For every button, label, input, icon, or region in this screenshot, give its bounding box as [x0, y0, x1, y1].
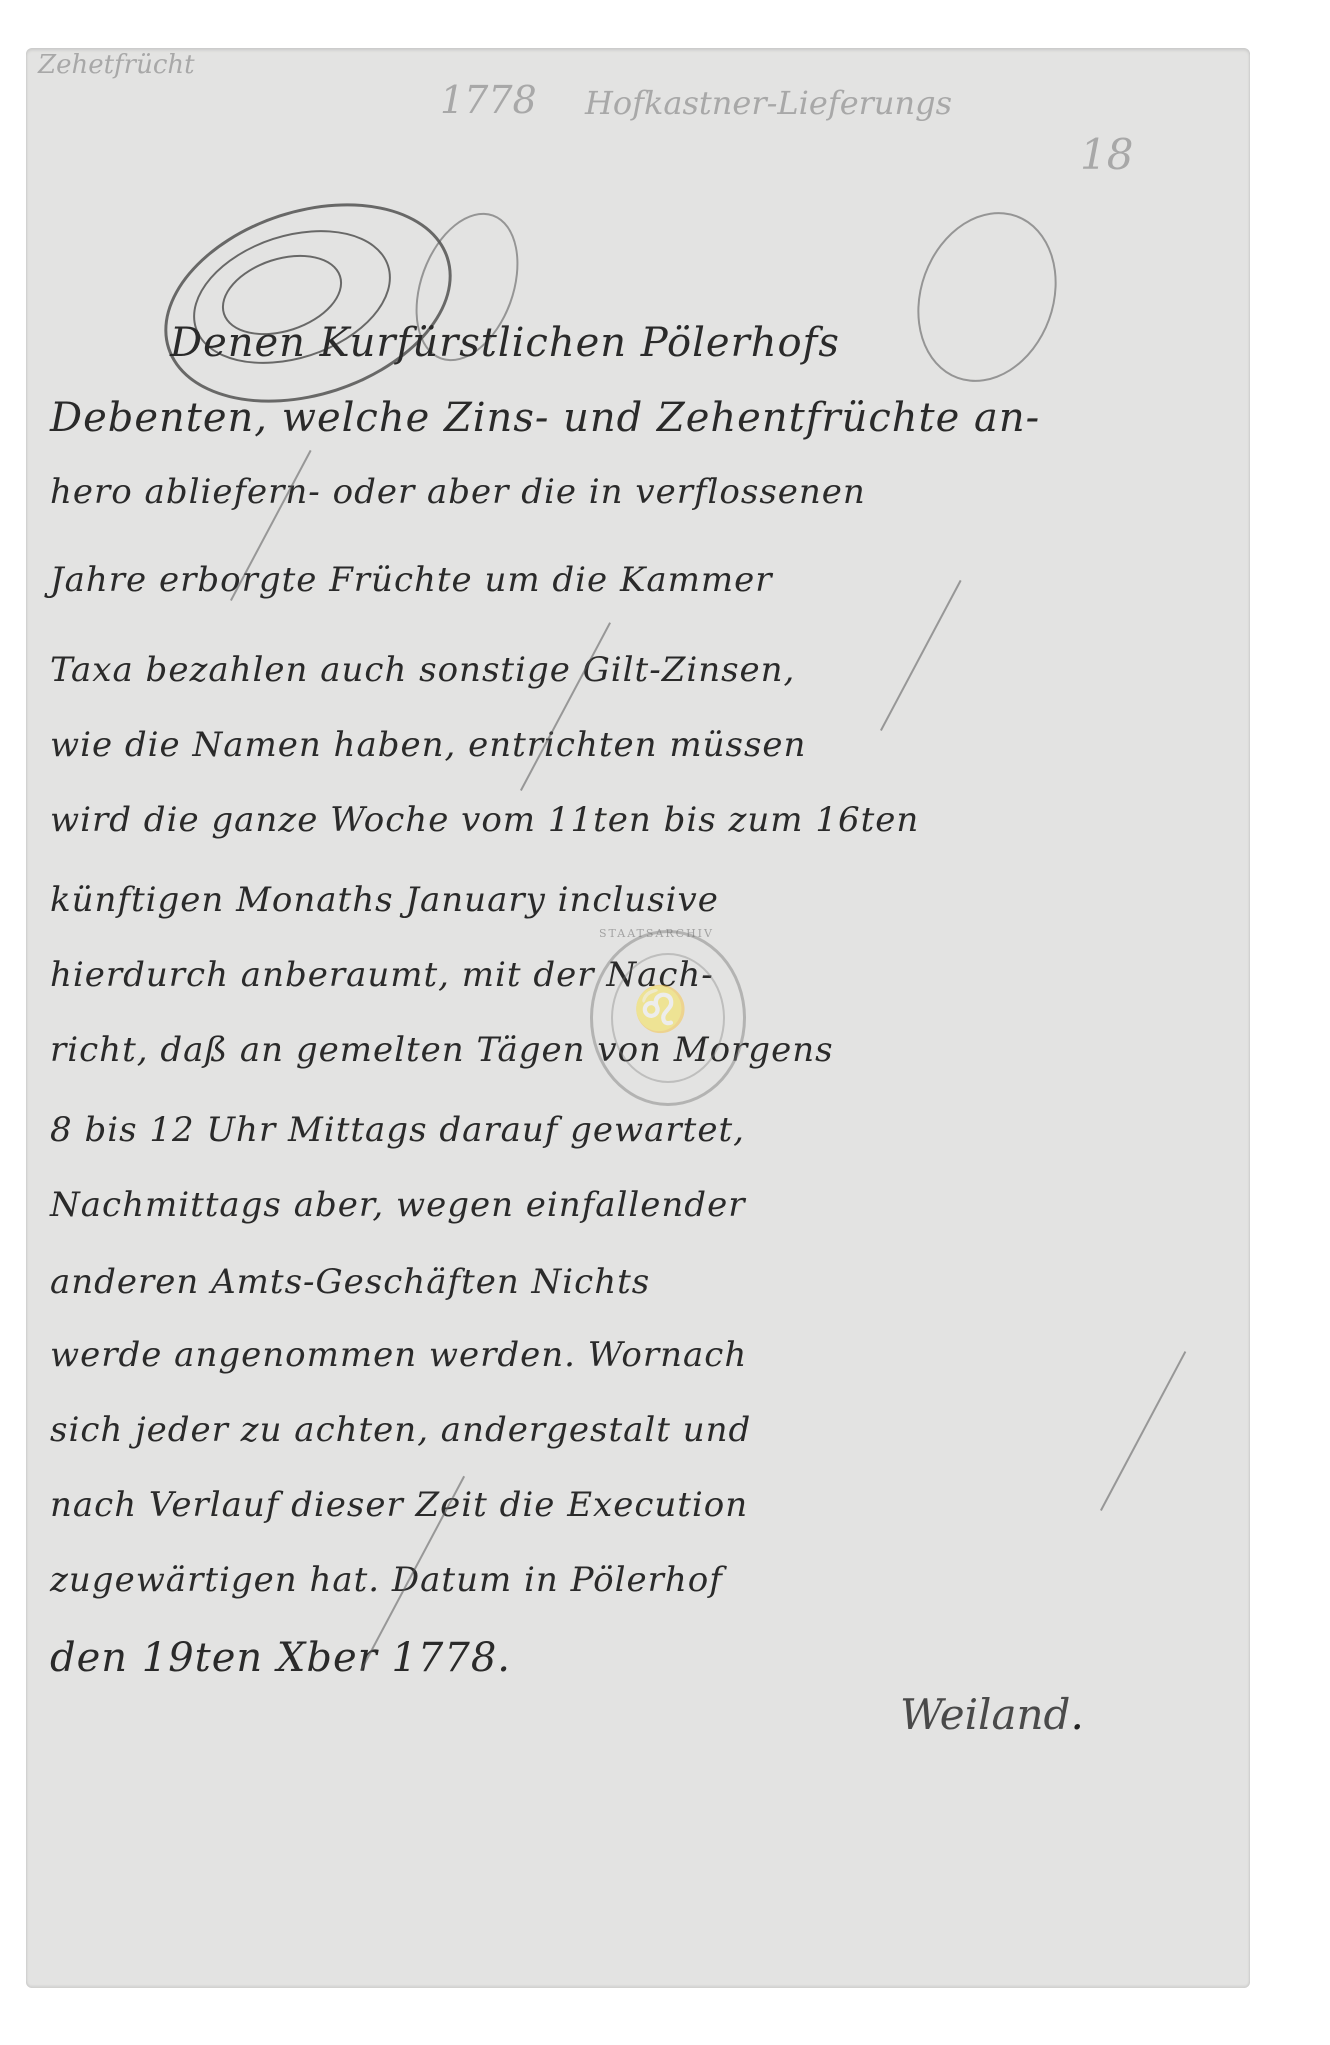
- text-line-3: hero abliefern- oder aber die in verflos…: [50, 472, 866, 512]
- text-line-16: nach Verlauf dieser Zeit die Execution: [50, 1485, 748, 1525]
- text-line-8: künftigen Monaths January inclusive: [50, 880, 719, 920]
- text-line-4: Jahre erborgte Früchte um die Kammer: [50, 560, 773, 600]
- signature-name: Weiland: [900, 1690, 1070, 1739]
- signature: Weiland.: [900, 1690, 1084, 1739]
- text-line-11: 8 bis 12 Uhr Mittags darauf gewartet,: [50, 1110, 745, 1150]
- text-line-15: sich jeder zu achten, andergestalt und: [50, 1410, 751, 1450]
- archival-note-subject: Hofkastner-Lieferungs: [585, 84, 952, 122]
- text-line-2: Debenten, welche Zins- und Zehentfrüchte…: [50, 395, 1040, 441]
- archive-seal-stamp: STAATSARCHIV ♌: [590, 930, 746, 1106]
- text-line-1: Denen Kurfürstlichen Pölerhofs: [170, 320, 840, 366]
- archival-note-year: 1778: [440, 78, 537, 122]
- seal-legend: STAATSARCHIV: [599, 927, 714, 940]
- text-line-13: anderen Amts-Geschäften Nichts: [50, 1262, 650, 1302]
- text-line-5: Taxa bezahlen auch sonstige Gilt-Zinsen,: [50, 650, 795, 690]
- text-line-17: zugewärtigen hat. Datum in Pölerhof: [50, 1560, 723, 1600]
- folio-number: 18: [1080, 130, 1133, 179]
- text-line-7: wird die ganze Woche vom 11ten bis zum 1…: [50, 800, 919, 840]
- lion-crest-icon: ♌: [633, 983, 688, 1035]
- text-line-12: Nachmittags aber, wegen einfallender: [50, 1185, 745, 1225]
- signature-period: .: [1070, 1690, 1083, 1739]
- archival-note-top-left: Zehetfrücht: [38, 50, 195, 80]
- text-line-14: werde angenommen werden. Wornach: [50, 1335, 747, 1375]
- text-line-18-date: den 19ten Xber 1778.: [50, 1635, 511, 1681]
- text-line-6: wie die Namen haben, entrichten müssen: [50, 725, 806, 765]
